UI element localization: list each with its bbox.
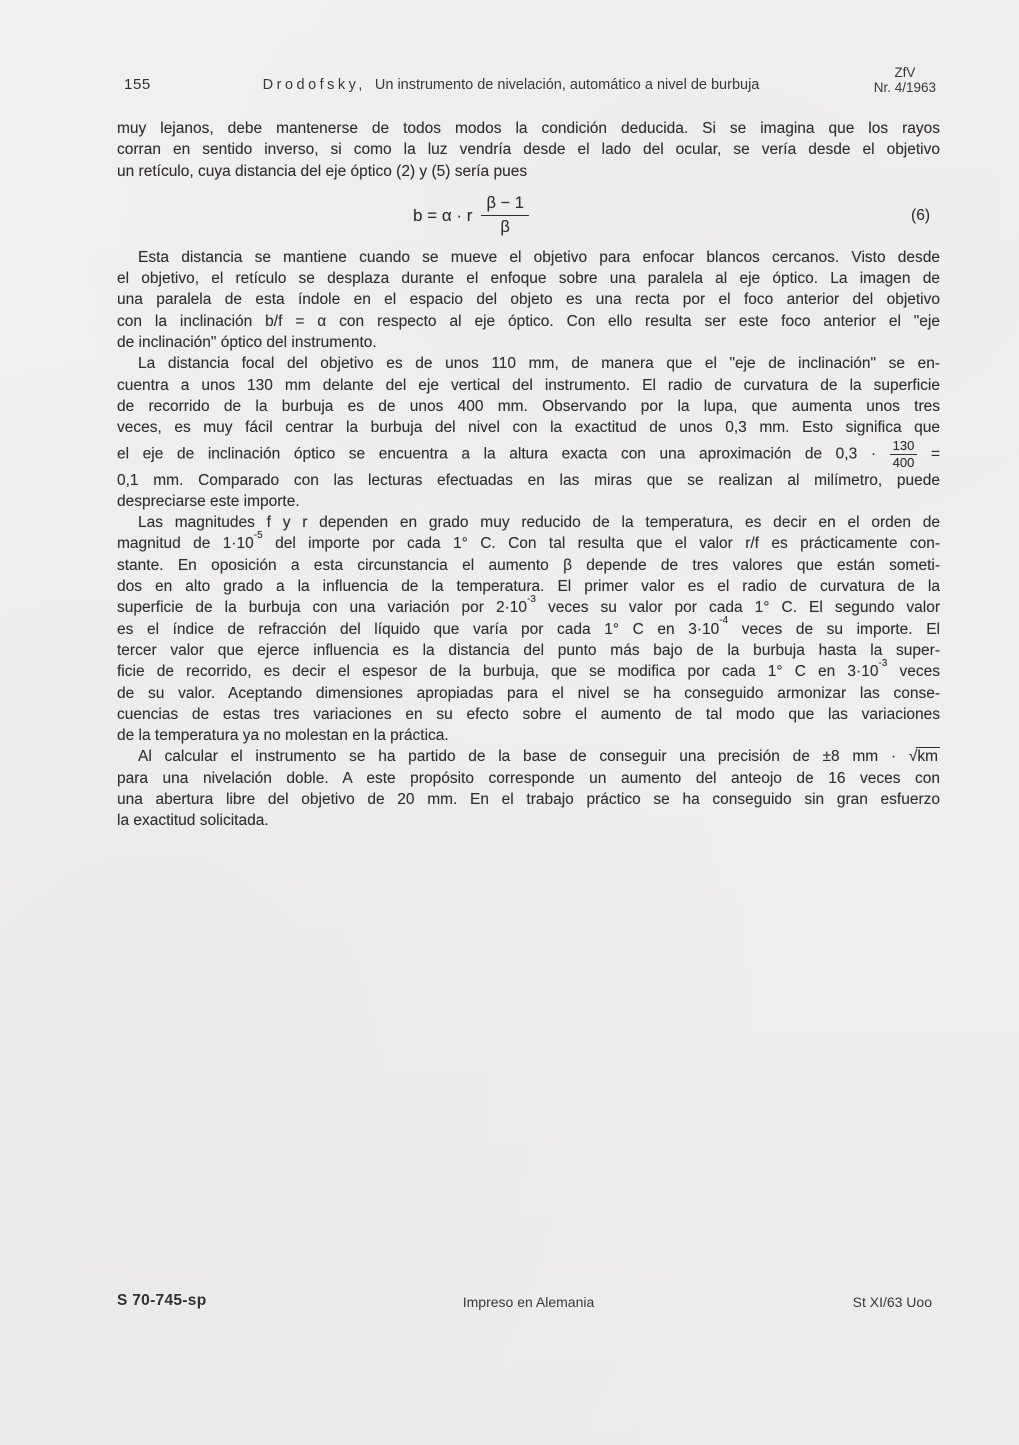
text-line: stante. En oposición a esta circunstanci… xyxy=(117,555,940,576)
print-reference: St XI/63 Uoo xyxy=(853,1294,932,1310)
page-header: 155 Drodofsky,Un instrumento de nivelaci… xyxy=(117,74,940,100)
inline-fraction: 130400 xyxy=(890,439,918,470)
text-line: es el índice de refracción del líquido q… xyxy=(117,619,940,640)
text-line: Las magnitudes f y r dependen en grado m… xyxy=(117,512,940,533)
scanned-journal-page: 155 Drodofsky,Un instrumento de nivelaci… xyxy=(0,0,1019,1445)
text-line: una paralela de esta índole en el espaci… xyxy=(117,289,940,310)
text-line: Esta distancia se mantiene cuando se mue… xyxy=(117,247,940,268)
text-line: 0,1 mm. Comparado con las lecturas efect… xyxy=(117,470,940,491)
text-line: para una nivelación doble. A este propós… xyxy=(117,768,940,789)
equation: b = α · rβ − 1β(6) xyxy=(117,191,940,241)
text-line: superficie de la burbuja con una variaci… xyxy=(117,597,940,618)
text-line: ficie de recorrido, es decir el espesor … xyxy=(117,661,940,682)
text-line: de inclinación" óptico del instrumento. xyxy=(117,332,940,353)
text-line: magnitud de 1·10-5 del importe por cada … xyxy=(117,533,940,554)
text-line: La distancia focal del objetivo es de un… xyxy=(117,353,940,374)
page-footer: S 70-745-sp Impreso en Alemania St XI/63… xyxy=(117,1292,940,1314)
text-line: corran en sentido inverso, si como la lu… xyxy=(117,139,940,160)
journal-abbreviation: ZfV xyxy=(874,66,936,81)
text-line: cuentra a unos 130 mm delante del eje ve… xyxy=(117,375,940,396)
printed-in-note: Impreso en Alemania xyxy=(117,1294,940,1310)
superscript-exponent: -5 xyxy=(254,530,263,541)
journal-issue: Nr. 4/1963 xyxy=(874,81,936,96)
page-number: 155 xyxy=(124,76,151,93)
equation-fraction: β − 1β xyxy=(481,194,528,239)
paragraph: Las magnitudes f y r dependen en grado m… xyxy=(117,512,940,746)
fraction-denominator: β xyxy=(500,216,510,238)
text-line: Al calcular el instrumento se ha partido… xyxy=(117,746,940,767)
text-line: con la inclinación b/f = α con respecto … xyxy=(117,311,940,332)
author-name: Drodofsky, xyxy=(263,77,366,93)
paragraph: Esta distancia se mantiene cuando se mue… xyxy=(117,247,940,353)
superscript-exponent: -3 xyxy=(527,594,536,605)
text-line: un retículo, cuya distancia del eje ópti… xyxy=(117,161,940,182)
journal-reference: ZfV Nr. 4/1963 xyxy=(874,66,936,95)
fraction-numerator: β − 1 xyxy=(481,194,528,217)
superscript-exponent: -4 xyxy=(719,615,728,626)
running-header: Drodofsky,Un instrumento de nivelación, … xyxy=(177,77,845,93)
paragraph: La distancia focal del objetivo es de un… xyxy=(117,353,940,512)
text-line: de la temperatura ya no molestan en la p… xyxy=(117,725,940,746)
text-line: de su valor. Aceptando dimensiones aprop… xyxy=(117,683,940,704)
paragraph: Al calcular el instrumento se ha partido… xyxy=(117,746,940,831)
running-title: Un instrumento de nivelación, automático… xyxy=(375,77,759,93)
text-line: el eje de inclinación óptico se encuentr… xyxy=(117,439,940,470)
text-line: la exactitud solicitada. xyxy=(117,810,940,831)
equation-number: (6) xyxy=(911,207,930,225)
text-line: cuencias de estas tres variaciones en su… xyxy=(117,704,940,725)
superscript-exponent: -3 xyxy=(878,658,887,669)
text-line: muy lejanos, debe mantenerse de todos mo… xyxy=(117,118,940,139)
text-line: veces, es muy fácil centrar la burbuja d… xyxy=(117,417,940,438)
text-line: tercer valor que ejerce influencia es la… xyxy=(117,640,940,661)
text-line: de recorrido de la burbuja es de unos 40… xyxy=(117,396,940,417)
paragraph: muy lejanos, debe mantenerse de todos mo… xyxy=(117,118,940,182)
square-root-expression: √km xyxy=(909,748,940,765)
text-line: despreciarse este importe. xyxy=(117,491,940,512)
equation-lhs: b = α · r xyxy=(413,206,472,226)
article-body: muy lejanos, debe mantenerse de todos mo… xyxy=(117,118,940,832)
text-line: el objetivo, el retículo se desplaza dur… xyxy=(117,268,940,289)
text-line: una abertura libre del objetivo de 20 mm… xyxy=(117,789,940,810)
